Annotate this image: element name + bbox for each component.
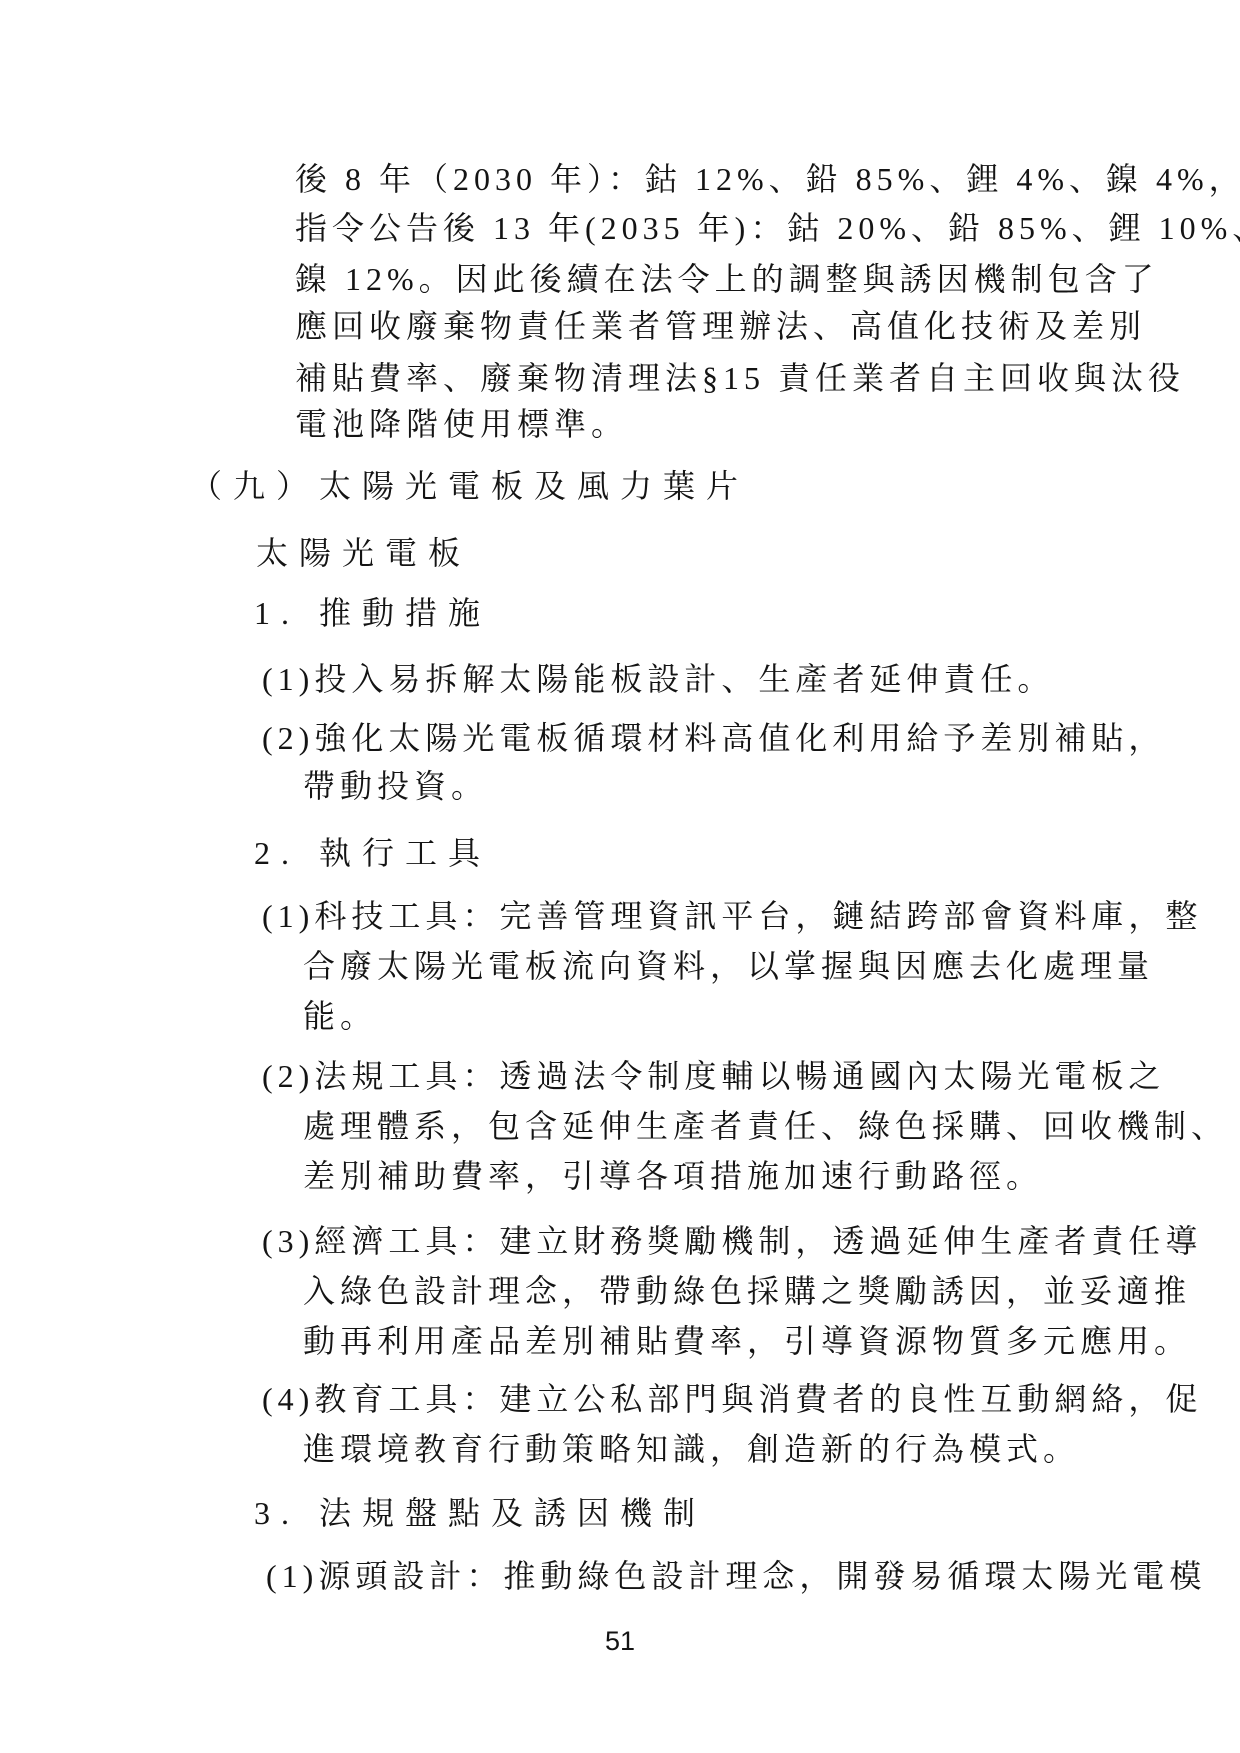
para-battery-line-5: 補貼費率、廢棄物清理法§15 責任業者自主回收與汰役 xyxy=(295,362,1185,394)
item-2-1-cont-2: 能。 xyxy=(303,1000,377,1032)
item-2-4: (4)教育工具：建立公私部門與消費者的良性互動網絡，促 xyxy=(262,1383,1202,1415)
item-2-2-cont-2: 差別補助費率，引導各項措施加速行動路徑。 xyxy=(303,1160,1043,1192)
numbered-heading-1: 1. 推動措施 xyxy=(254,597,491,629)
item-2-1: (1)科技工具：完善管理資訊平台，鏈結跨部會資料庫，整 xyxy=(262,900,1202,932)
item-2-2-cont-1: 處理體系，包含延伸生產者責任、綠色採購、回收機制、 xyxy=(303,1110,1228,1142)
page-number: 51 xyxy=(0,1628,1240,1655)
numbered-heading-3: 3. 法規盤點及誘因機制 xyxy=(254,1497,706,1529)
numbered-heading-2: 2. 執行工具 xyxy=(254,837,491,869)
item-3-1: (1)源頭設計：推動綠色設計理念，開發易循環太陽光電模 xyxy=(266,1560,1206,1592)
section-9-heading: （九）太陽光電板及風力葉片 xyxy=(190,470,749,502)
item-2-3-cont-2: 動再利用產品差別補貼費率，引導資源物質多元應用。 xyxy=(303,1325,1191,1357)
item-2-3-cont-1: 入綠色設計理念，帶動綠色採購之獎勵誘因，並妥適推 xyxy=(303,1275,1191,1307)
subheading-solar-panel: 太陽光電板 xyxy=(256,537,471,569)
item-2-4-cont: 進環境教育行動策略知識，創造新的行為模式。 xyxy=(303,1433,1080,1465)
item-1-2: (2)強化太陽光電板循環材料高值化利用給予差別補貼， xyxy=(262,722,1165,754)
document-page: 後 8 年（2030 年）：鈷 12%、鉛 85%、鋰 4%、鎳 4%， 指令公… xyxy=(0,0,1240,1753)
item-2-3: (3)經濟工具：建立財務獎勵機制，透過延伸生產者責任導 xyxy=(262,1225,1202,1257)
para-battery-line-6: 電池降階使用標準。 xyxy=(295,408,628,440)
item-2-1-cont-1: 合廢太陽光電板流向資料，以掌握與因應去化處理量 xyxy=(303,950,1154,982)
para-battery-line-1: 後 8 年（2030 年）：鈷 12%、鉛 85%、鋰 4%、鎳 4%， xyxy=(295,163,1240,195)
para-battery-line-4: 應回收廢棄物責任業者管理辦法、高值化技術及差別 xyxy=(295,310,1146,342)
para-battery-line-3: 鎳 12%。因此後續在法令上的調整與誘因機制包含了 xyxy=(295,263,1159,295)
para-battery-line-2: 指令公告後 13 年(2035 年)：鈷 20%、鉛 85%、鋰 10%、 xyxy=(295,212,1240,244)
item-1-1: (1)投入易拆解太陽能板設計、生產者延伸責任。 xyxy=(262,663,1054,695)
item-1-2-cont: 帶動投資。 xyxy=(303,770,488,802)
item-2-2: (2)法規工具：透過法令制度輔以暢通國內太陽光電板之 xyxy=(262,1060,1165,1092)
